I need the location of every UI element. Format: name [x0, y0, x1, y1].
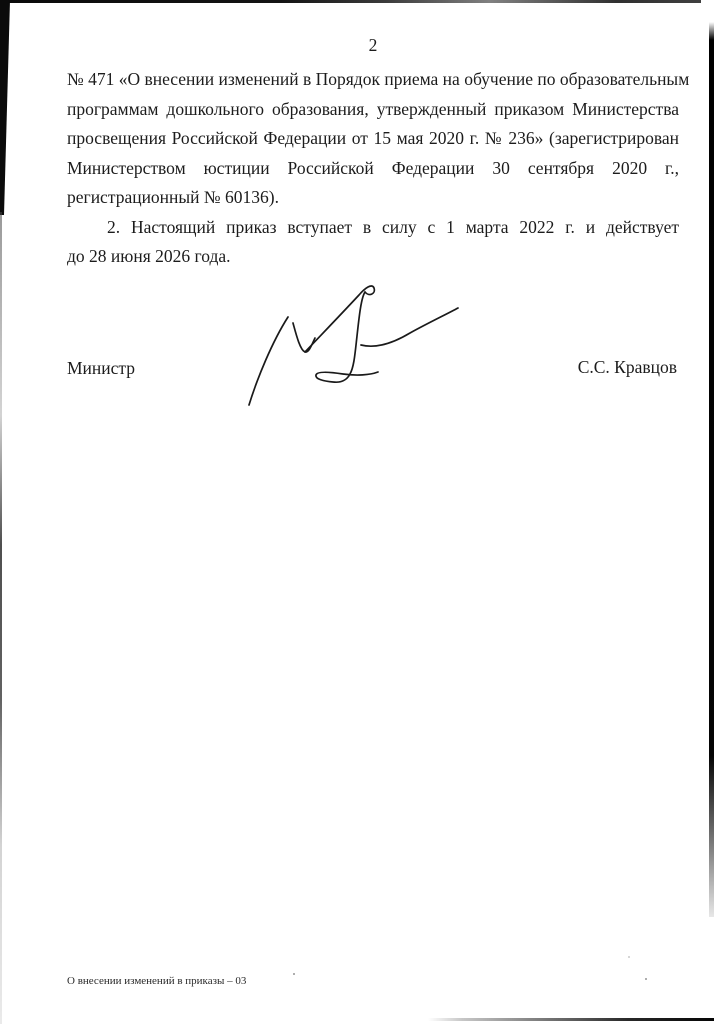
- body-line: программам дошкольного образования, утве…: [67, 95, 679, 125]
- body-line: регистрационный № 60136).: [67, 183, 679, 213]
- footer-note: О внесении изменений в приказы – 03: [67, 974, 246, 988]
- scan-artifact-bottom-edge: [428, 1018, 714, 1021]
- scan-artifact-top-edge: [0, 0, 701, 3]
- scan-artifact-left-edge: [0, 0, 10, 215]
- signatory-name: С.С. Кравцов: [578, 356, 677, 378]
- scan-artifact-right-edge: [709, 22, 714, 917]
- signature-image: [238, 278, 462, 410]
- signature-stroke-main: [305, 286, 378, 382]
- signature-stroke-flourish: [361, 308, 458, 346]
- body-line: 2. Настоящий приказ вступает в силу с 1 …: [67, 213, 679, 243]
- scan-speck: [628, 956, 630, 958]
- page-number: 2: [67, 34, 679, 56]
- signatory-position-label: Министр: [67, 357, 135, 379]
- body-line: до 28 июня 2026 года.: [67, 242, 679, 272]
- minister-signature: [238, 278, 462, 410]
- scan-speck: [645, 978, 647, 980]
- document-body: № 471 «О внесении изменений в Порядок пр…: [67, 65, 679, 272]
- body-line: № 471 «О внесении изменений в Порядок пр…: [67, 65, 679, 95]
- body-line: Министерством юстиции Российской Федерац…: [67, 154, 679, 184]
- body-line: просвещения Российской Федерации от 15 м…: [67, 124, 679, 154]
- scan-artifact-left-edge-faint: [0, 212, 2, 1024]
- document-page: 2 № 471 «О внесении изменений в Порядок …: [0, 0, 714, 1024]
- signature-stroke-slash: [249, 317, 288, 405]
- scan-speck: [293, 973, 295, 975]
- signature-stroke-check: [293, 323, 315, 352]
